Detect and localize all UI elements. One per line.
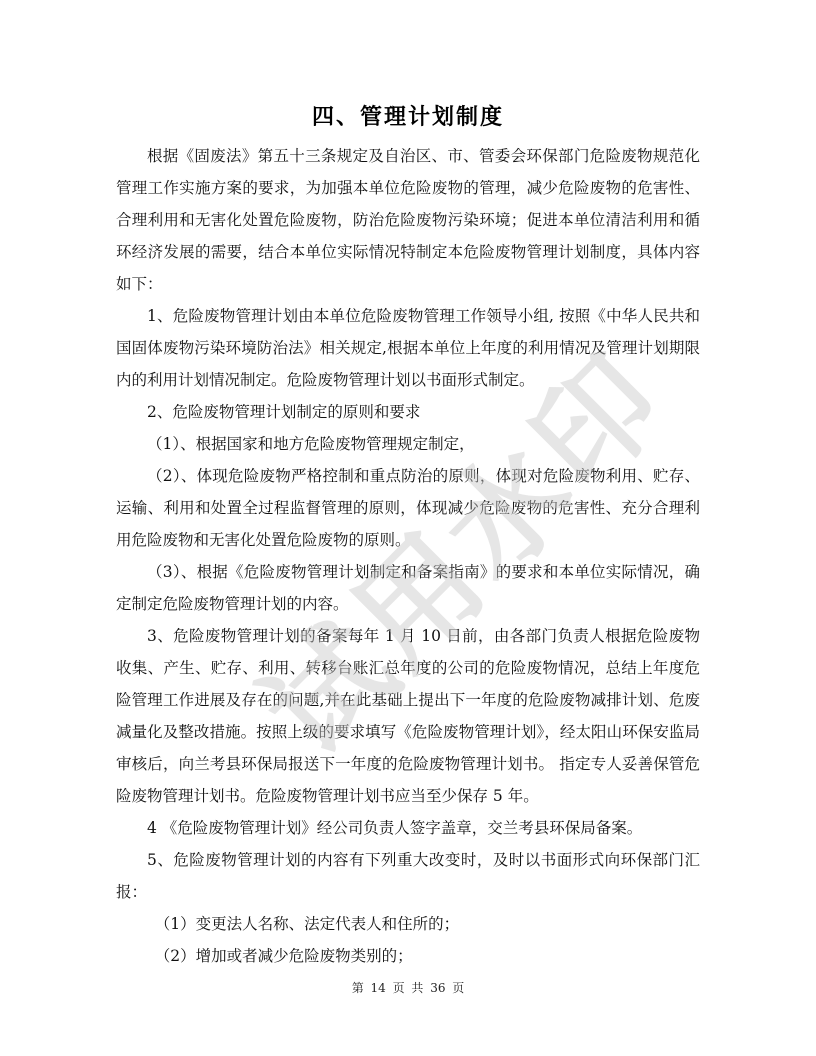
paragraph-item-3: 3、危险废物管理计划的备案每年 1 月 10 日前，由各部门负责人根据危险废物收… <box>116 620 700 812</box>
page-footer: 第 14 页 共 36 页 <box>0 979 816 996</box>
section-title: 四、管理计划制度 <box>0 100 816 131</box>
paragraph-item-1: 1、危险废物管理计划由本单位危险废物管理工作领导小组, 按照《中华人民共和国固体… <box>116 300 700 396</box>
paragraph-item-2-2: （2）、体现危险废物严格控制和重点防治的原则，体现对危险废物利用、贮存、运输、利… <box>116 460 700 556</box>
paragraph-item-5-1: （1）变更法人名称、法定代表人和住所的； <box>116 908 700 940</box>
paragraph-item-4: 4 《危险废物管理计划》经公司负责人签字盖章，交兰考县环保局备案。 <box>116 812 700 844</box>
paragraph-item-2-3: （3）、根据《危险废物管理计划制定和备案指南》的要求和本单位实际情况，确定制定危… <box>116 556 700 620</box>
paragraph-item-5: 5、危险废物管理计划的内容有下列重大改变时，及时以书面形式向环保部门汇报： <box>116 844 700 908</box>
paragraph-item-2-1: （1）、根据国家和地方危险废物管理规定制定， <box>116 428 700 460</box>
paragraph-item-2: 2、危险废物管理计划制定的原则和要求 <box>116 396 700 428</box>
paragraph-item-5-2: （2）增加或者减少危险废物类别的； <box>116 940 700 972</box>
paragraph-intro: 根据《固废法》第五十三条规定及自治区、市、管委会环保部门危险废物规范化管理工作实… <box>116 140 700 300</box>
document-page: 四、管理计划制度 根据《固废法》第五十三条规定及自治区、市、管委会环保部门危险废… <box>0 0 816 1056</box>
body-text: 根据《固废法》第五十三条规定及自治区、市、管委会环保部门危险废物规范化管理工作实… <box>116 140 700 972</box>
